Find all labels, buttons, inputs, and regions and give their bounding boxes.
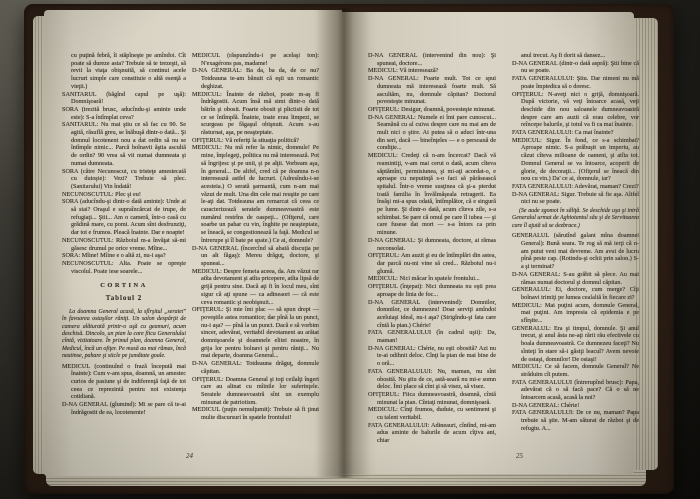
paragraph-dialog: D-NA GENERAL (glumind): Mi se pare că te… xyxy=(62,401,186,416)
paragraph-dialog: SORA (trezită brusc, aducîndu-şi aminte … xyxy=(62,106,186,121)
paragraph-dialog: MEDICUL: Nici măcar în spatele frontului… xyxy=(368,275,496,283)
paragraph-dialog: D-NA GENERAL: Ba da, ba da, de ce nu? To… xyxy=(192,67,319,90)
paragraph-dialog: OFIŢERUL: Am auzit şi eu de întîmplări d… xyxy=(368,252,496,275)
paragraph-dialog: FATA GENERALULUI: Ştiu. Dar nimeni nu mă… xyxy=(512,75,639,90)
paragraph-dialog: NECUNOSCUTUL: Războiul m-a învăţat să-mi… xyxy=(62,237,186,252)
paragraph-dialog: D-NA GENERAL: Totdeauna drăguţ, domnule … xyxy=(192,360,319,375)
left-page-column-2: MEDICUL (răspunzîndu-i pe acelaşi ton): … xyxy=(192,52,319,450)
right-page-column-2: anul trecut. Aş fi dorit să dansez...D-N… xyxy=(512,52,639,450)
paragraph-dialog: OFIŢERUL: Şi mie îmi plac — să spun drep… xyxy=(192,306,319,360)
paragraph-dialog: NECUNOSCUTUL: Alta. Poate se opreşte vis… xyxy=(62,260,186,275)
paragraph-dialog: MEDICUL (continuînd o frază începută mai… xyxy=(62,363,186,402)
page-number-right: 25 xyxy=(516,452,523,460)
paragraph-dialog: OFIŢERUL: Desigur, doamnă, povesteşte mi… xyxy=(368,106,496,114)
paragraph-stage: La doamna General acasă, la sfîrşitul „s… xyxy=(62,309,186,361)
paragraph-dialog: SORA: Mîine! Mîine e o altă zi, nu-i aşa… xyxy=(62,252,186,260)
paragraph-dialog: D-NA GENERAL: Sigur. Trebuie să fie aşa.… xyxy=(512,191,639,206)
paragraph-dialog: MEDICUL: Despre femeia aceea, da. Am văz… xyxy=(192,268,319,307)
paragraph-dialog: SORA (aducîndu-şi dintr-o dată aminte): … xyxy=(62,198,186,237)
paragraph-dialog: D-NA GENERAL (încercînd să abată discuţi… xyxy=(192,245,319,268)
paragraph-dialog: D-NA GENERAL: Chérie! xyxy=(512,402,639,410)
paragraph-dialog: MEDICUL: Credeţi că n-am încercat? Dacă … xyxy=(368,152,496,237)
page-number-left: 24 xyxy=(186,452,193,460)
paragraph-dialog: SANITARUL: Nu mai ştiu ce să fac cu 90. … xyxy=(62,121,186,167)
paragraph-dialog: D-NA GENERAL: Foarte mult. Tot ce spui d… xyxy=(368,75,496,106)
paragraph-dialog: MEDICUL: Sigur. În fond, ce s-a schimbat… xyxy=(512,137,639,183)
paragraph-plain: anul trecut. Aş fi dorit să dansez... xyxy=(512,52,639,60)
paragraph-dialog: FATA GENERALULUI: Adineauri, cîntînd, mi… xyxy=(368,422,496,445)
paragraph-dialog: MEDICUL: Ce să facem, domnule General? N… xyxy=(512,363,639,378)
paragraph-heading2: Tabloul 2 xyxy=(62,295,186,303)
paragraph-dialog: D-NA GENERAL (intervenind din nou): Şi s… xyxy=(368,52,496,67)
paragraph-dialog: GENERALUL (sărutînd galant mîna doamnei … xyxy=(512,232,639,271)
paragraph-dialog: MEDICUL: Nu mă refer la nimic, domnule! … xyxy=(192,144,319,244)
paragraph-dialog: GENERALUL: Era şi timpul, domnule. Şi an… xyxy=(512,325,639,364)
paragraph-dialog: D-NA GENERAL: Numele ei îmi pare cunoscu… xyxy=(368,114,496,153)
paragraph-dialog: GENERALUL: Ei, doctore, cum merge? Cîţi … xyxy=(512,286,639,301)
paragraph-dialog: OFIŢERUL (înţepat): Nici dumneata nu eşt… xyxy=(368,283,496,298)
paragraph-dialog: FATA GENERALULUI: Ca mai înainte? xyxy=(512,129,639,137)
paragraph-dialog: SORA (către Necunoscut, cu tristeţe ames… xyxy=(62,168,186,191)
paragraph-dialog: D-NA GENERAL: Chérie, nu eşti obosită? A… xyxy=(368,345,496,368)
paragraph-dialog: MEDICUL: Cînţi frumos, duduie, cu sentim… xyxy=(368,406,496,421)
paragraph-dialog: OFIŢERUL: Doamna General şi toţi ceilalţ… xyxy=(192,376,319,407)
paragraph-dialog: FATA GENERALULUI (în cadrul uşii): Da, m… xyxy=(368,329,496,344)
paragraph-dialog: FATA GENERALULUI: Adevărat, maman? Crezi… xyxy=(512,183,639,191)
paragraph-dialog: MEDICUL: Înainte de război, poate m-aş f… xyxy=(192,91,319,137)
paragraph-dialog: OFIŢERUL: N-aveţi nici o grijă, domnişoa… xyxy=(512,91,639,130)
photo-background: cu puţină febră, îi stăpîneşte pe amîndo… xyxy=(0,0,700,499)
paragraph-dialog: MEDICUL: Mai puţini acum, domnule Genera… xyxy=(512,302,639,325)
paragraph-dialog: SANITARUL (băgînd capul pe uşă): Domnişo… xyxy=(62,91,186,106)
paragraph-dialog: D-NA GENERAL: Şi dumneata, doctore, ai r… xyxy=(368,237,496,252)
right-page-column-1: D-NA GENERAL (intervenind din nou): Şi s… xyxy=(368,52,496,450)
paragraph-dialog: D-NA GENERAL: S-au grăbit să plece. Au m… xyxy=(512,271,639,286)
left-page-column-1: cu puţină febră, îi stăpîneşte pe amîndo… xyxy=(62,52,186,450)
paragraph-dialog: FATA GENERALULUI: De ce nu, maman? Papa … xyxy=(512,409,639,432)
paragraph-dialog: MEDICUL (puţin nemulţumit): Trebuie să f… xyxy=(192,406,319,421)
paragraph-dialog: MEDICUL: Vă interesează? xyxy=(368,67,496,75)
paragraph-dialog: FATA GENERALULUI (întrerupînd brusc): Pa… xyxy=(512,379,639,402)
paragraph-dialog: D-NA GENERAL (dintr-o dată aspră): Ştii … xyxy=(512,60,639,75)
paragraph-dialog: OFIŢERUL: Fiica dumneavoastră, doamnă, c… xyxy=(368,391,496,406)
paragraph-dialog: MEDICUL (răspunzîndu-i pe acelaşi ton): … xyxy=(192,52,319,67)
paragraph-dialog: D-NA GENERAL (intervenind): Domnilor, do… xyxy=(368,299,496,330)
paragraph-plain: cu puţină febră, îi stăpîneşte pe amîndo… xyxy=(62,52,186,91)
paragraph-dialog: FATA GENERALULUI: Nu, maman, nu sînt obo… xyxy=(368,368,496,391)
paragraph-stage: (Se aude zgomot în săliţă. Se deschide u… xyxy=(512,208,639,230)
paragraph-heading: CORTINA xyxy=(62,282,186,290)
